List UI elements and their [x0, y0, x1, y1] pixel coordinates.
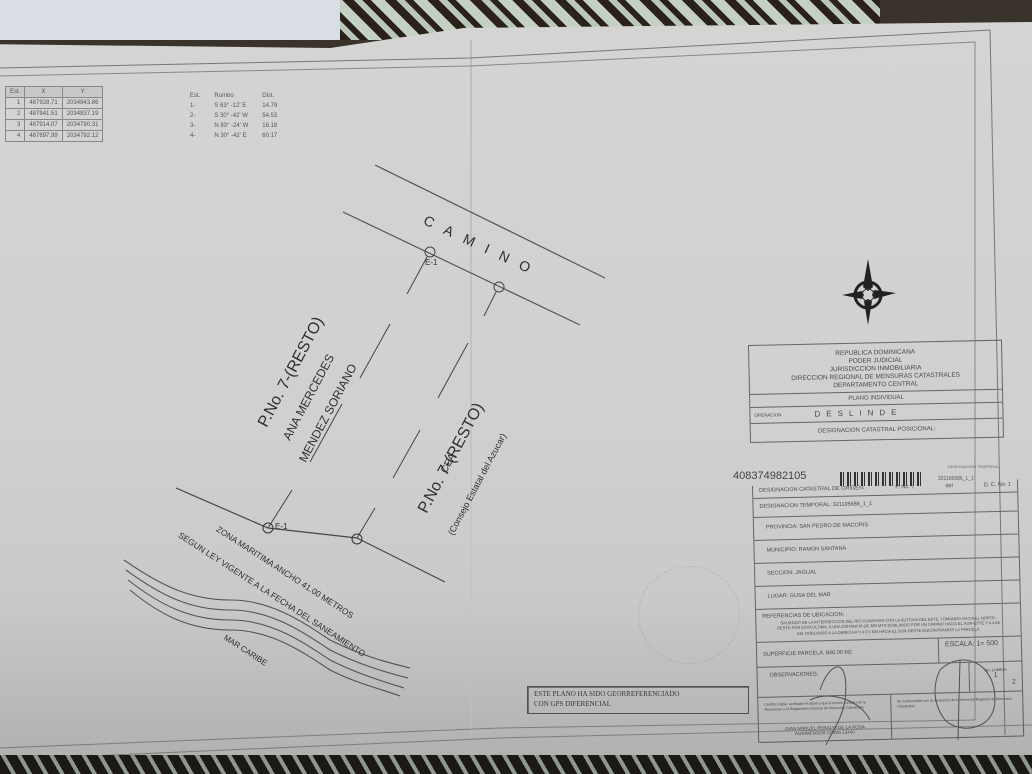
table-row: 2 487941.51 2034837.19 — [6, 109, 103, 120]
bearing-cell: 54.53 — [255, 111, 284, 121]
bearing-cell: S 30° -42' W — [207, 111, 255, 121]
coord-cell: 4 — [6, 131, 25, 142]
bearing-cell: N 30° -42' E — [207, 131, 255, 141]
bearing-header-rumbo: Rumbo — [207, 91, 255, 101]
compass-rose-icon — [842, 259, 896, 325]
bearing-cell: 14.79 — [255, 101, 284, 111]
bearing-cell: 60.17 — [255, 131, 284, 141]
operation-label: OPERACION — [754, 412, 814, 418]
operation-value: DESLINDE — [814, 408, 902, 419]
coordinate-table: Est. X Y 1 487928.71 2034843.86 2 487941… — [5, 86, 103, 142]
bearing-cell: 16.18 — [255, 121, 284, 131]
bearing-header-dist: Dist. — [255, 91, 284, 101]
coord-cell: 2034790.31 — [62, 120, 103, 131]
bearing-cell: S 63° -12' E — [207, 101, 255, 111]
background-fabric-bottom — [0, 755, 1032, 774]
coord-header-x: X — [25, 87, 62, 98]
photo-shadow — [0, 600, 1032, 770]
table-row: 1- S 63° -12' E 14.79 — [183, 101, 284, 111]
marker-e1-top-label: E-1 — [425, 258, 437, 267]
bearing-header-est: Est. — [183, 91, 207, 101]
coord-header-est: Est. — [6, 87, 25, 98]
table-row: 2- S 30° -42' W 54.53 — [183, 111, 284, 121]
bearing-cell: 2- — [183, 111, 207, 121]
coord-cell: 3 — [6, 120, 25, 131]
coord-header-y: Y — [62, 87, 103, 98]
temp-designation-caption: DESIGNACION TEMPORAL — [948, 464, 999, 469]
bearing-cell: 3- — [183, 121, 207, 131]
designation-label: DESIGNACION CATASTRAL POSICIONAL: — [751, 418, 1003, 442]
origin-label: DESIGNACION CATASTRAL DE ORIGEN: — [759, 485, 865, 496]
coord-cell: 2034843.86 — [62, 98, 103, 109]
origin-parcel: P. No. 7 — [895, 484, 914, 492]
marker-e1-bottom-label: E-1 — [275, 522, 287, 531]
coord-cell: 487941.51 — [25, 109, 62, 120]
bearing-table: Est. Rumbo Dist. 1- S 63° -12' E 14.79 2… — [183, 91, 284, 141]
bearing-cell: 1- — [183, 101, 207, 111]
coord-cell: 487897.99 — [25, 131, 62, 142]
title-block-header: REPUBLICA DOMINICANA PODER JUDICIAL JURI… — [749, 341, 1002, 394]
table-row: 4- N 30° -42' E 60.17 — [183, 131, 284, 141]
coord-cell: 487914.07 — [25, 120, 62, 131]
table-row: 3 487914.07 2034790.31 — [6, 120, 103, 131]
title-block: REPUBLICA DOMINICANA PODER JUDICIAL JURI… — [748, 340, 1004, 443]
coord-cell: 2034792.12 — [62, 131, 103, 142]
coord-cell: 2034837.19 — [62, 109, 103, 120]
table-row: 1 487928.71 2034843.86 — [6, 98, 103, 109]
bearing-cell: 4- — [183, 131, 207, 141]
coord-cell: 1 — [6, 98, 25, 109]
table-row: 3- N 83° -24' W 16.18 — [183, 121, 284, 131]
designation-number: 408374982105 — [733, 470, 806, 482]
coord-cell: 487928.71 — [25, 98, 62, 109]
coord-cell: 2 — [6, 109, 25, 120]
bearing-cell: N 83° -24' W — [207, 121, 255, 131]
origin-dc: D. C. No. 1 — [984, 482, 1011, 491]
table-row: 4 487897.99 2034792.12 — [6, 131, 103, 142]
origin-dc-label: del — [945, 483, 953, 491]
